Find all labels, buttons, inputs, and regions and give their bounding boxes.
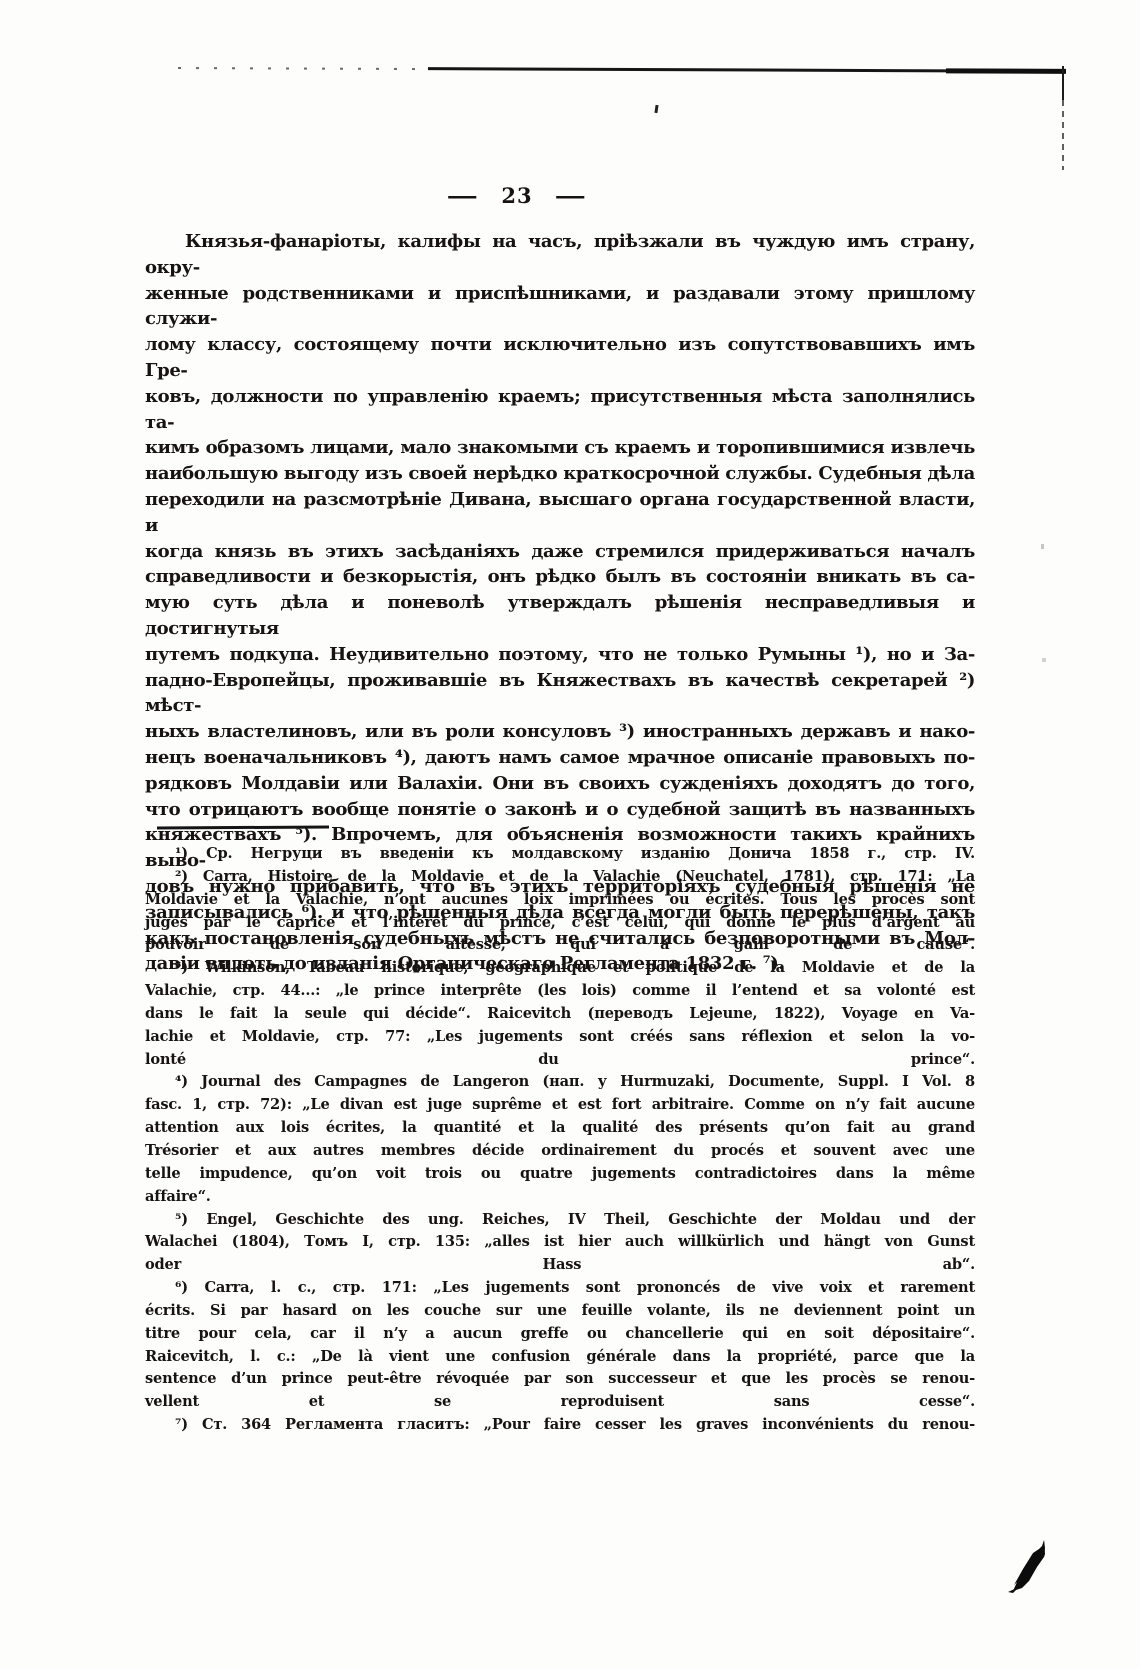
ink-smudge (1004, 1540, 1056, 1602)
text-line: titre pour cela, car il n’y a aucun gref… (145, 1323, 975, 1346)
text-line: jugés par le caprice et l’intérêt du pri… (145, 912, 975, 935)
text-line: рядковъ Молдавіи или Валахіи. Они въ сво… (145, 771, 975, 797)
text-line: lonté du prince“. (145, 1049, 975, 1072)
text-line: ¹) Ср. Негруци въ введеніи къ молдавском… (145, 843, 975, 866)
footnote-6: ⁶) Carra, l. c., стр. 171: „Les jugement… (145, 1277, 975, 1414)
text-line: справедливости и безкорыстія, онъ рѣдко … (145, 564, 975, 590)
text-line: ⁷) Ст. 364 Регламента гласитъ: „Pour fai… (145, 1414, 975, 1437)
text-line: vellent et se reproduisent sans cesse“. (145, 1391, 975, 1414)
scan-artifact-top-line (178, 64, 1068, 78)
header-dash-left: — (447, 183, 480, 208)
text-line: telle impudence, qu’on voit trois ou qua… (145, 1163, 975, 1186)
text-line: sentence d’un prince peut-être révoquée … (145, 1368, 975, 1391)
text-line: pouvoir de son altesse, qui a gain de ca… (145, 934, 975, 957)
text-line: нецъ военачальниковъ ⁴), даютъ намъ само… (145, 745, 975, 771)
text-line: Trésorier et aux autres membres décide o… (145, 1140, 975, 1163)
text-line: женные родственниками и приспѣшниками, и… (145, 281, 975, 333)
footnote-5: ⁵) Engel, Geschichte des ung. Reiches, I… (145, 1209, 975, 1278)
scan-speck (1042, 658, 1046, 662)
text-line: наибольшую выгоду изъ своей нерѣдко крат… (145, 461, 975, 487)
text-line: переходили на разсмотрѣніе Дивана, высша… (145, 487, 975, 539)
footnotes-section: ¹) Ср. Негруци въ введеніи къ молдавском… (145, 843, 975, 1437)
scan-vertical-dashes (1062, 100, 1064, 170)
text-line: ³) Wilkinson, Tabeau historique, géograp… (145, 957, 975, 980)
footnote-3: ³) Wilkinson, Tabeau historique, géograp… (145, 957, 975, 1071)
text-line: Raicevitch, l. c.: „De là vient une conf… (145, 1346, 975, 1369)
header-dash-right: — (554, 183, 587, 208)
text-line: dans le fait la seule qui décide“. Raice… (145, 1003, 975, 1026)
scan-speck (654, 105, 658, 113)
text-line: ковъ, должности по управленію краемъ; пр… (145, 384, 975, 436)
footnote-1: ¹) Ср. Негруци въ введеніи къ молдавском… (145, 843, 975, 866)
footnote-4: ⁴) Journal des Campagnes de Langeron (на… (145, 1071, 975, 1208)
text-line: Князья-фанаріоты, калифы на часъ, пріѣзж… (145, 229, 975, 281)
text-line: когда князь въ этихъ засѣданіяхъ даже ст… (145, 539, 975, 565)
text-line: ⁶) Carra, l. c., стр. 171: „Les jugement… (145, 1277, 975, 1300)
text-line: мую суть дѣла и поневолѣ утверждалъ рѣше… (145, 590, 975, 642)
book-page-scan: — 23 — Князья-фанаріоты, калифы на часъ,… (0, 0, 1140, 1669)
page-header: — 23 — (145, 183, 889, 208)
text-line: что отрицаютъ вообще понятіе о законѣ и … (145, 797, 975, 823)
text-line: fasc. 1, стр. 72): „Le divan est juge su… (145, 1094, 975, 1117)
scan-artifact-vertical-line (1062, 66, 1064, 170)
text-line: oder Hass ab“. (145, 1254, 975, 1277)
scan-speckle-row (178, 67, 430, 70)
scan-solid-line (428, 67, 1066, 73)
text-line: ныхъ властелиновъ, или въ роли консуловъ… (145, 719, 975, 745)
text-line: ⁵) Engel, Geschichte des ung. Reiches, I… (145, 1209, 975, 1232)
footnote-7: ⁷) Ст. 364 Регламента гласитъ: „Pour fai… (145, 1414, 975, 1437)
text-line: lachie et Moldavie, стр. 77: „Les jugeme… (145, 1026, 975, 1049)
text-line: Moldavie et la Valachie, n’ont aucunes l… (145, 889, 975, 912)
text-line: ²) Carra, Histoire de la Moldavie et de … (145, 866, 975, 889)
text-line: путемъ подкупа. Неудивительно поэтому, ч… (145, 642, 975, 668)
text-line: Valachie, стр. 44...: „le prince interpr… (145, 980, 975, 1003)
text-line: лому классу, состоящему почти исключител… (145, 332, 975, 384)
page-number: 23 (501, 183, 532, 208)
text-line: ⁴) Journal des Campagnes de Langeron (на… (145, 1071, 975, 1094)
text-line: écrits. Si par hasard on les couche sur … (145, 1300, 975, 1323)
scan-speck (1041, 544, 1044, 549)
text-line: Walachei (1804), Томъ I, стр. 135: „alle… (145, 1231, 975, 1254)
text-line: affaire“. (145, 1186, 975, 1209)
text-line: кимъ образомъ лицами, мало знакомыми съ … (145, 435, 975, 461)
footnote-2: ²) Carra, Histoire de la Moldavie et de … (145, 866, 975, 957)
text-line: attention aux lois écrites, la quantité … (145, 1117, 975, 1140)
text-line: падно-Европейцы, проживавшіе въ Княжеств… (145, 668, 975, 720)
scan-vertical-solid (1062, 66, 1064, 100)
